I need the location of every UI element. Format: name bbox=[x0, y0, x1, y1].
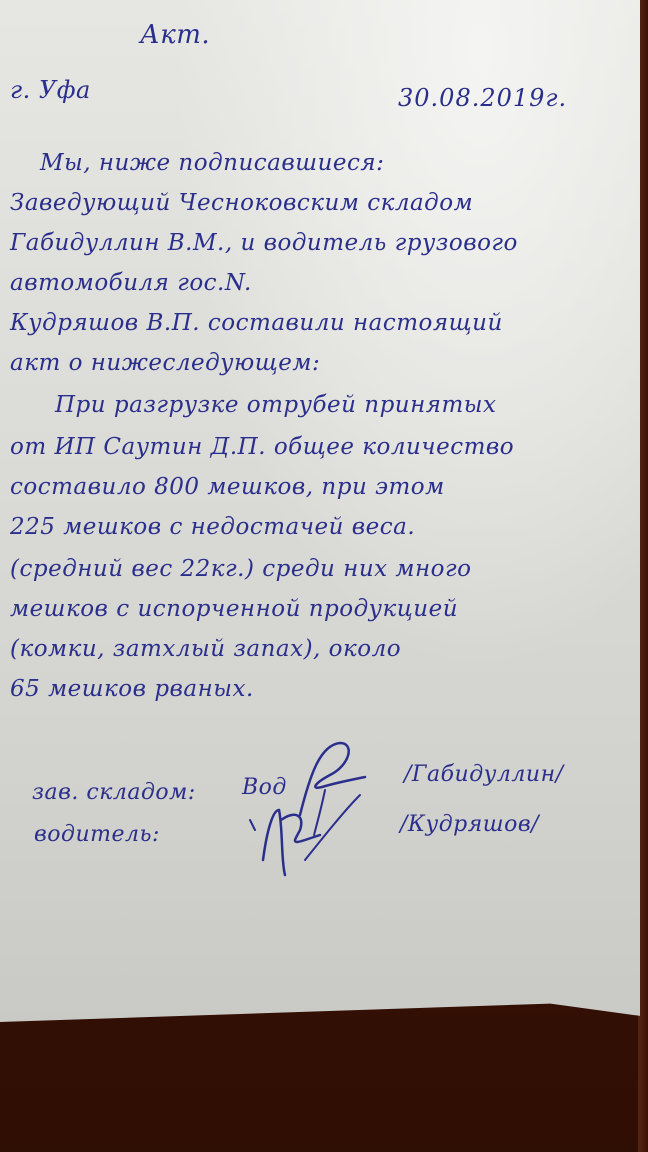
document-title: Акт. bbox=[140, 20, 210, 50]
signature-name-driver: /Кудряшов/ bbox=[400, 812, 539, 837]
body-line: Габидуллин В.М., и водитель грузового bbox=[10, 230, 518, 256]
signature-role-driver: водитель: bbox=[34, 822, 160, 847]
body-line: (комки, затхлый запах), около bbox=[10, 636, 401, 662]
body-line: Кудряшов В.П. составили настоящий bbox=[10, 310, 503, 336]
body-line: (средний вес 22кг.) среди них много bbox=[10, 556, 471, 582]
body-line: акт о нижеследующем: bbox=[10, 350, 320, 376]
signature-name-warehouse: /Габидуллин/ bbox=[404, 762, 563, 787]
signature-driver-icon bbox=[245, 790, 375, 880]
body-line: составило 800 мешков, при этом bbox=[10, 474, 445, 500]
body-line: от ИП Саутин Д.П. общее количество bbox=[10, 434, 514, 460]
body-line: 65 мешков рваных. bbox=[10, 676, 254, 702]
body-line: При разгрузке отрубей принятых bbox=[55, 392, 497, 418]
body-line: мешков с испорченной продукцией bbox=[10, 596, 458, 622]
signature-role-warehouse: зав. складом: bbox=[32, 780, 196, 805]
paper-sheet: Акт. г. Уфа 30.08.2019г. Мы, ниже подпис… bbox=[0, 0, 640, 1022]
document-city: г. Уфа bbox=[10, 76, 91, 104]
body-line: автомобиля гос.N. bbox=[10, 270, 252, 296]
body-line: Заведующий Чесноковским складом bbox=[10, 190, 473, 216]
body-line: Мы, ниже подписавшиеся: bbox=[40, 150, 384, 176]
document-date: 30.08.2019г. bbox=[398, 84, 567, 112]
body-line: 225 мешков с недостачей веса. bbox=[10, 514, 415, 540]
